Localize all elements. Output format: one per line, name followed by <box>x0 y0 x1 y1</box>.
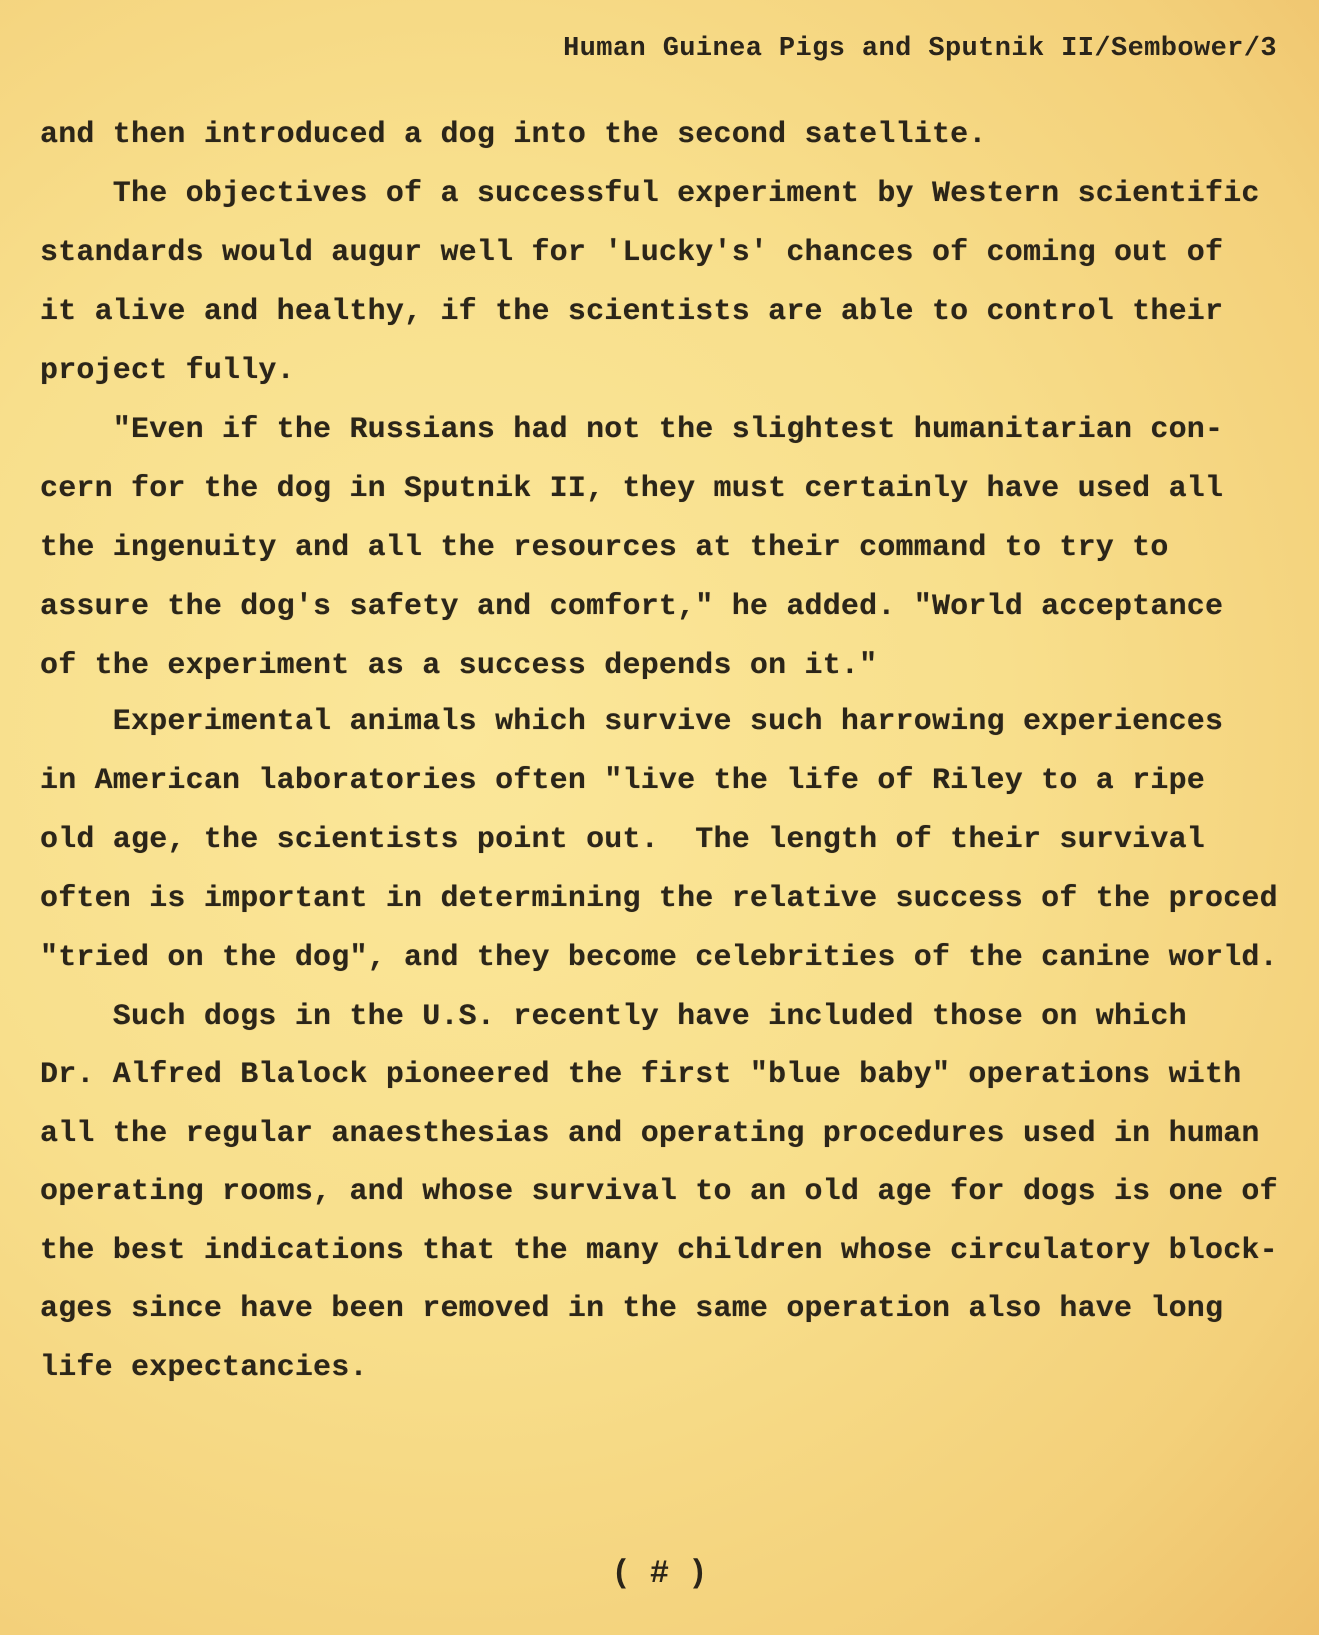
body-line: cern for the dog in Sputnik II, they mus… <box>40 472 1223 506</box>
body-line: "tried on the dog", and they become cele… <box>40 941 1278 975</box>
body-line: Experimental animals which survive such … <box>40 705 1223 739</box>
body-line: ages since have been removed in the same… <box>40 1292 1223 1326</box>
body-line: standards would augur well for 'Lucky's'… <box>40 236 1223 270</box>
body-line: the best indications that the many child… <box>40 1234 1278 1268</box>
body-line: The objectives of a successful experimen… <box>40 177 1260 211</box>
body-line: project fully. <box>40 354 295 388</box>
body-line: of the experiment as a success depends o… <box>40 649 877 683</box>
body-line: "Even if the Russians had not the slight… <box>40 413 1223 447</box>
body-line: and then introduced a dog into the secon… <box>40 118 987 152</box>
body-line: Dr. Alfred Blalock pioneered the first "… <box>40 1058 1241 1092</box>
body-line: often is important in determining the re… <box>40 882 1278 916</box>
body-line: old age, the scientists point out. The l… <box>40 823 1205 857</box>
body-line: assure the dog's safety and comfort," he… <box>40 590 1223 624</box>
body-line: the ingenuity and all the resources at t… <box>40 531 1169 565</box>
body-line: operating rooms, and whose survival to a… <box>40 1175 1278 1209</box>
body-line: Such dogs in the U.S. recently have incl… <box>40 1000 1187 1034</box>
body-line: it alive and healthy, if the scientists … <box>40 295 1223 329</box>
body-line: in American laboratories often "live the… <box>40 764 1205 798</box>
body-line: life expectancies. <box>40 1351 368 1385</box>
body-line: all the regular anaesthesias and operati… <box>40 1117 1260 1151</box>
typewritten-page: Human Guinea Pigs and Sputnik II/Sembowe… <box>0 0 1319 1635</box>
running-header: Human Guinea Pigs and Sputnik II/Sembowe… <box>563 34 1277 64</box>
end-mark: ( # ) <box>0 1555 1319 1592</box>
